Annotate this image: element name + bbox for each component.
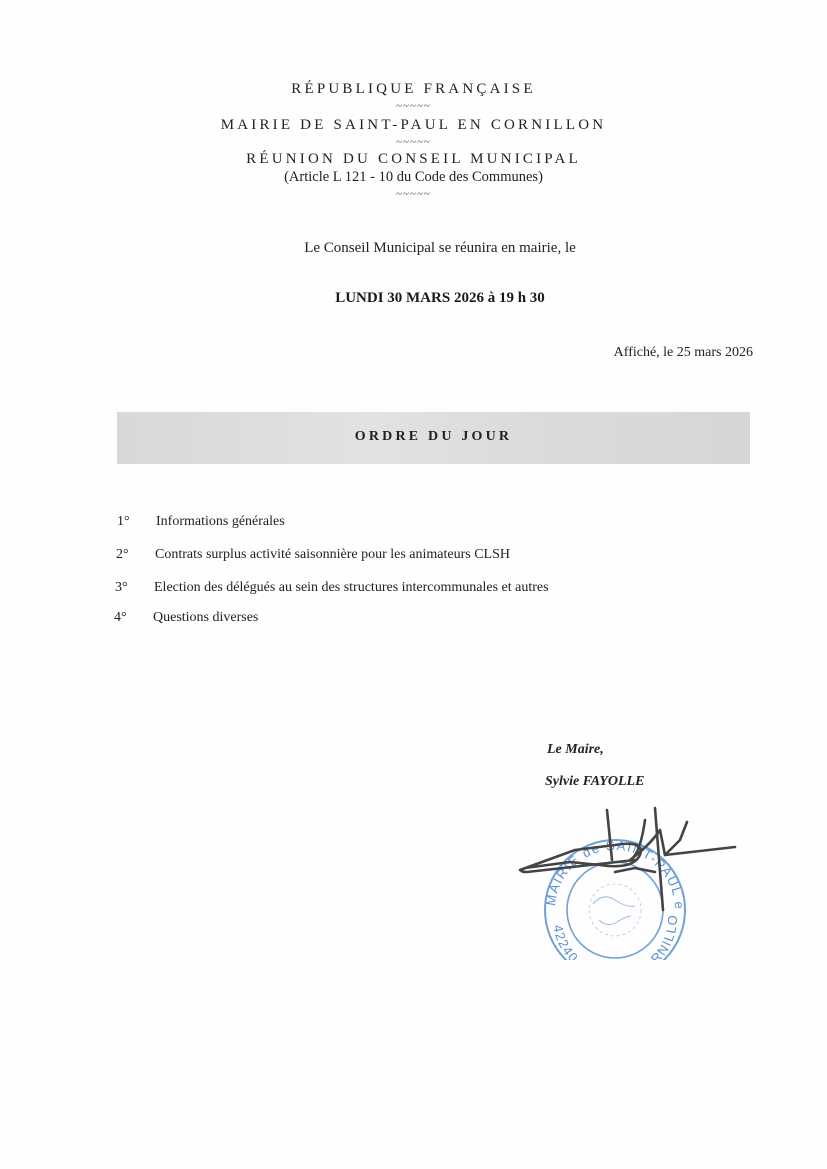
agenda-title-band: ORDRE DU JOUR <box>117 412 750 464</box>
agenda-item-text: Contrats surplus activité saisonnière po… <box>155 547 510 563</box>
signatory-name: Sylvie FAYOLLE <box>545 774 644 790</box>
header-article: (Article L 121 - 10 du Code des Communes… <box>0 169 827 186</box>
header-separator-2: ~~~~~ <box>0 137 827 147</box>
agenda-item-text: Questions diverses <box>153 610 258 626</box>
header-separator-1: ~~~~~ <box>0 101 827 111</box>
agenda-title: ORDRE DU JOUR <box>117 429 750 445</box>
document-page: RÉPUBLIQUE FRANÇAISE ~~~~~ MAIRIE DE SAI… <box>0 0 827 1169</box>
header-mairie: MAIRIE DE SAINT-PAUL EN CORNILLON <box>0 116 827 134</box>
agenda-item-number: 2° <box>116 547 146 563</box>
stamp-and-signature: MAIRIE de SAINT-PAUL en 42240 (LOIRE) CO… <box>515 800 745 960</box>
agenda-item-number: 4° <box>114 610 144 626</box>
agenda-item-number: 1° <box>117 514 147 530</box>
agenda-item-text: Informations générales <box>156 514 285 530</box>
agenda-item-number: 3° <box>115 580 145 596</box>
agenda-item-text: Election des délégués au sein des struct… <box>154 580 549 596</box>
signatory-title: Le Maire, <box>547 742 604 758</box>
header-meeting: RÉUNION DU CONSEIL MUNICIPAL <box>0 150 827 168</box>
posted-date: Affiché, le 25 mars 2026 <box>614 345 753 361</box>
meeting-date: LUNDI 30 MARS 2026 à 19 h 30 <box>0 290 827 307</box>
header-republic: RÉPUBLIQUE FRANÇAISE <box>0 80 827 98</box>
header-separator-3: ~~~~~ <box>0 189 827 199</box>
convocation-text: Le Conseil Municipal se réunira en mairi… <box>0 240 827 257</box>
